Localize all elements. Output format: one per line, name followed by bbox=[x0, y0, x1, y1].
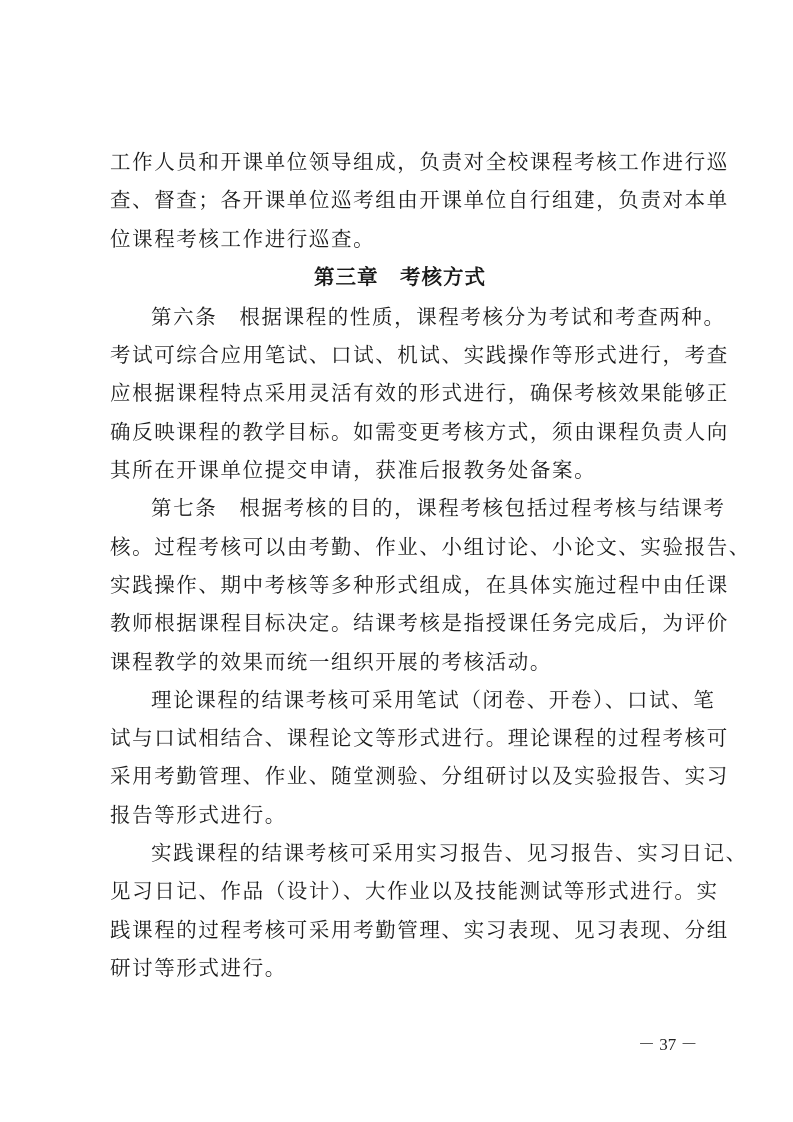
text-line: 第六条 根据课程的性质，课程考核分为考试和考查两种。 bbox=[110, 298, 690, 336]
text-line: 考试可综合应用笔试、口试、机试、实践操作等形式进行，考查 bbox=[110, 336, 690, 374]
text-line: 报告等形式进行。 bbox=[110, 796, 690, 834]
text-line: 核。过程考核可以由考勤、作业、小组讨论、小论文、实验报告、 bbox=[110, 528, 690, 566]
chapter-heading: 第三章 考核方式 bbox=[110, 258, 690, 298]
text-line: 应根据课程特点采用灵活有效的形式进行，确保考核效果能够正 bbox=[110, 374, 690, 412]
text-line: 位课程考核工作进行巡查。 bbox=[110, 220, 690, 258]
article-6-paragraph: 第六条 根据课程的性质，课程考核分为考试和考查两种。 考试可综合应用笔试、口试、… bbox=[110, 298, 690, 489]
page-number: － 37 － bbox=[638, 1030, 698, 1055]
document-page: 工作人员和开课单位领导组成，负责对全校课程考核工作进行巡 查、督查；各开课单位巡… bbox=[110, 143, 690, 987]
text-line: 确反映课程的教学目标。如需变更考核方式，须由课程负责人向 bbox=[110, 413, 690, 451]
theory-courses-paragraph: 理论课程的结课考核可采用笔试（闭卷、开卷）、口试、笔 试与口试相结合、课程论文等… bbox=[110, 681, 690, 834]
text-line: 采用考勤管理、作业、随堂测验、分组研讨以及实验报告、实习 bbox=[110, 757, 690, 795]
text-line: 第七条 根据考核的目的，课程考核包括过程考核与结课考 bbox=[110, 489, 690, 527]
text-line: 实践课程的结课考核可采用实习报告、见习报告、实习日记、 bbox=[110, 834, 690, 872]
practice-courses-paragraph: 实践课程的结课考核可采用实习报告、见习报告、实习日记、 见习日记、作品（设计）、… bbox=[110, 834, 690, 987]
intro-paragraph: 工作人员和开课单位领导组成，负责对全校课程考核工作进行巡 查、督查；各开课单位巡… bbox=[110, 143, 690, 258]
text-line: 见习日记、作品（设计）、大作业以及技能测试等形式进行。实 bbox=[110, 872, 690, 910]
article-7-paragraph: 第七条 根据考核的目的，课程考核包括过程考核与结课考 核。过程考核可以由考勤、作… bbox=[110, 489, 690, 680]
text-line: 其所在开课单位提交申请，获准后报教务处备案。 bbox=[110, 451, 690, 489]
text-line: 实践操作、期中考核等多种形式组成，在具体实施过程中由任课 bbox=[110, 566, 690, 604]
text-line: 工作人员和开课单位领导组成，负责对全校课程考核工作进行巡 bbox=[110, 143, 690, 181]
text-line: 课程教学的效果而统一组织开展的考核活动。 bbox=[110, 643, 690, 681]
text-line: 查、督查；各开课单位巡考组由开课单位自行组建，负责对本单 bbox=[110, 181, 690, 219]
text-line: 践课程的过程考核可采用考勤管理、实习表现、见习表现、分组 bbox=[110, 911, 690, 949]
text-line: 教师根据课程目标决定。结课考核是指授课任务完成后，为评价 bbox=[110, 604, 690, 642]
text-line: 理论课程的结课考核可采用笔试（闭卷、开卷）、口试、笔 bbox=[110, 681, 690, 719]
text-line: 试与口试相结合、课程论文等形式进行。理论课程的过程考核可 bbox=[110, 719, 690, 757]
text-line: 研讨等形式进行。 bbox=[110, 949, 690, 987]
